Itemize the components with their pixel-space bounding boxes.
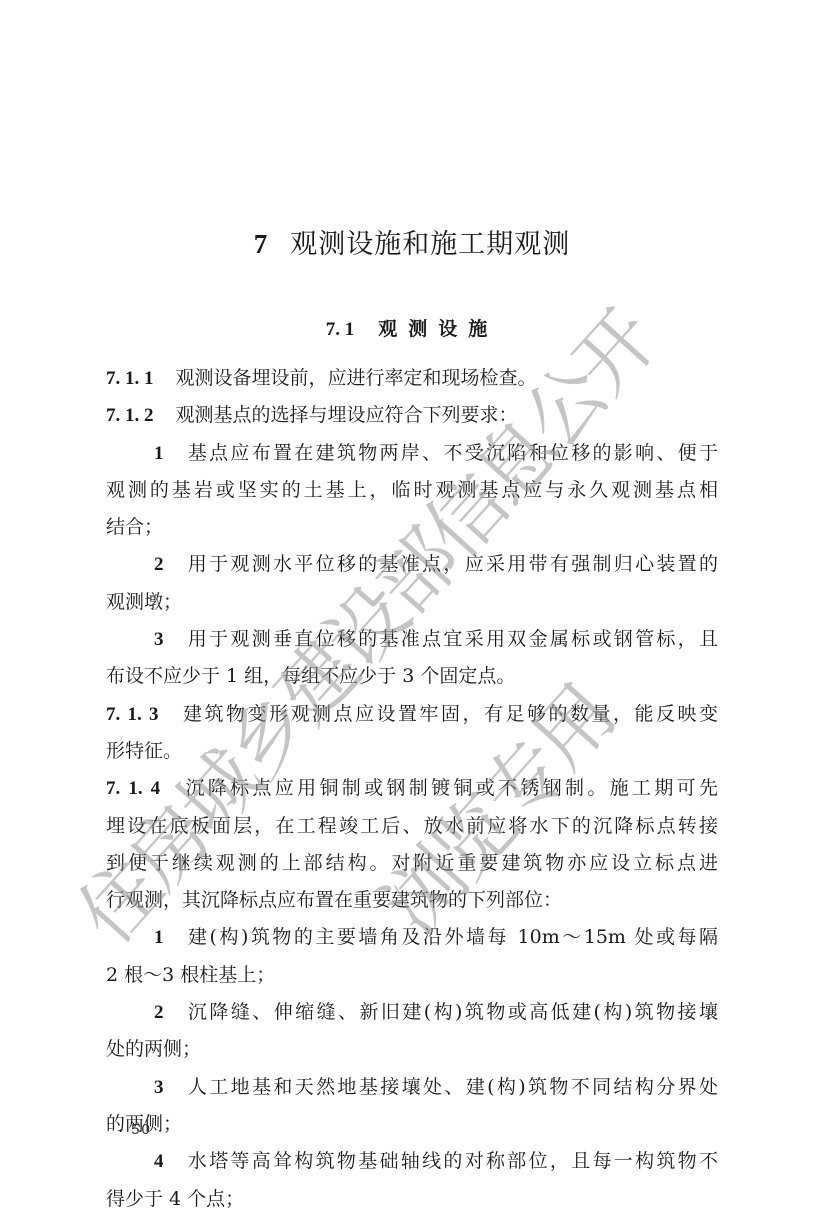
clause-number: 7. 1. 1 xyxy=(106,368,154,389)
clause-continuation: 形特征。 xyxy=(106,733,718,770)
clause-text: 建筑物变形观测点应设置牢固，有足够的数量，能反映变 xyxy=(181,703,719,725)
clause-7-1-1: 7. 1. 1观测设备埋设前，应进行率定和现场检查。 xyxy=(106,360,718,397)
list-item: 3人工地基和天然地基接壤处、建(构)筑物不同结构分界处 xyxy=(106,1069,718,1106)
item-number: 3 xyxy=(154,629,164,650)
clause-number: 7. 1. 3 xyxy=(106,704,159,725)
list-item: 4水塔等高耸构筑物基础轴线的对称部位，且每一构筑物不 xyxy=(106,1143,718,1180)
item-text: 用于观测垂直位移的基准点宜采用双金属标或钢管标，且 xyxy=(186,628,719,650)
clause-7-1-2: 7. 1. 2观测基点的选择与埋设应符合下列要求： xyxy=(106,397,718,434)
item-text: 人工地基和天然地基接壤处、建(构)筑物不同结构分界处 xyxy=(186,1076,719,1098)
item-text: 建(构)筑物的主要墙角及沿外墙每 10m～15m 处或每隔 xyxy=(186,926,719,948)
item-text: 基点应布置在建筑物两岸、不受沉陷和位移的影响、便于 xyxy=(186,442,719,464)
document-page: 7观测设施和施工期观测 7. 1观测设施 7. 1. 1观测设备埋设前，应进行率… xyxy=(0,0,824,1216)
clause-text: 观测基点的选择与埋设应符合下列要求： xyxy=(176,404,518,426)
item-text: 水塔等高耸构筑物基础轴线的对称部位，且每一构筑物不 xyxy=(186,1150,719,1172)
section-title: 7. 1观测设施 xyxy=(0,314,824,341)
item-text: 用于观测水平位移的基准点，应采用带有强制归心装置的 xyxy=(186,553,719,575)
clause-7-1-4: 7. 1. 4沉降标点应用铜制或钢制镀铜或不锈钢制。施工期可先 xyxy=(106,770,718,807)
clause-continuation: 埋设在底板面层，在工程竣工后、放水前应将水下的沉降标点转接 xyxy=(106,808,718,845)
item-number: 2 xyxy=(154,1002,164,1023)
list-item-continuation: 观测墩； xyxy=(106,584,718,621)
item-text: 沉降缝、伸缩缝、新旧建(构)筑物或高低建(构)筑物接壤 xyxy=(186,1001,719,1023)
list-item-continuation: 结合； xyxy=(106,509,718,546)
section-number: 7. 1 xyxy=(326,319,355,340)
list-item: 1建(构)筑物的主要墙角及沿外墙每 10m～15m 处或每隔 xyxy=(106,919,718,956)
list-item-continuation: 布设不应少于 1 组，每组不应少于 3 个固定点。 xyxy=(106,658,718,695)
clause-continuation: 到便于继续观测的上部结构。对附近重要建筑物亦应设立标点进 xyxy=(106,845,718,882)
clause-number: 7. 1. 2 xyxy=(106,405,154,426)
clause-7-1-3: 7. 1. 3建筑物变形观测点应设置牢固，有足够的数量，能反映变 xyxy=(106,696,718,733)
clause-text: 沉降标点应用铜制或钢制镀铜或不锈钢制。施工期可先 xyxy=(182,777,718,799)
clause-text: 观测设备埋设前，应进行率定和现场检查。 xyxy=(176,367,537,389)
list-item-continuation: 的两侧； xyxy=(106,1106,718,1143)
item-number: 2 xyxy=(154,554,164,575)
list-item-continuation: 观测的基岩或坚实的土基上，临时观测基点应与永久观测基点相 xyxy=(106,472,718,509)
list-item-continuation: 处的两侧； xyxy=(106,1031,718,1068)
list-item: 1基点应布置在建筑物两岸、不受沉陷和位移的影响、便于 xyxy=(106,435,718,472)
chapter-title: 7观测设施和施工期观测 xyxy=(0,222,824,261)
page-number: · 50 · xyxy=(118,1121,165,1138)
list-item-continuation: 2 根～3 根柱基上； xyxy=(106,957,718,994)
list-item-continuation: 得少于 4 个点； xyxy=(106,1181,718,1216)
clause-number: 7. 1. 4 xyxy=(106,778,160,799)
item-number: 1 xyxy=(154,443,164,464)
list-item: 2用于观测水平位移的基准点，应采用带有强制归心装置的 xyxy=(106,546,718,583)
item-number: 1 xyxy=(154,927,164,948)
item-number: 4 xyxy=(154,1151,164,1172)
item-number: 3 xyxy=(154,1077,164,1098)
list-item: 3用于观测垂直位移的基准点宜采用双金属标或钢管标，且 xyxy=(106,621,718,658)
section-title-text: 观测设施 xyxy=(378,318,498,340)
clause-continuation: 行观测，其沉降标点应布置在重要建筑物的下列部位： xyxy=(106,882,718,919)
chapter-number: 7 xyxy=(254,229,269,259)
list-item: 2沉降缝、伸缩缝、新旧建(构)筑物或高低建(构)筑物接壤 xyxy=(106,994,718,1031)
chapter-title-text: 观测设施和施工期观测 xyxy=(290,229,570,260)
body-text: 7. 1. 1观测设备埋设前，应进行率定和现场检查。 7. 1. 2观测基点的选… xyxy=(106,360,718,1216)
